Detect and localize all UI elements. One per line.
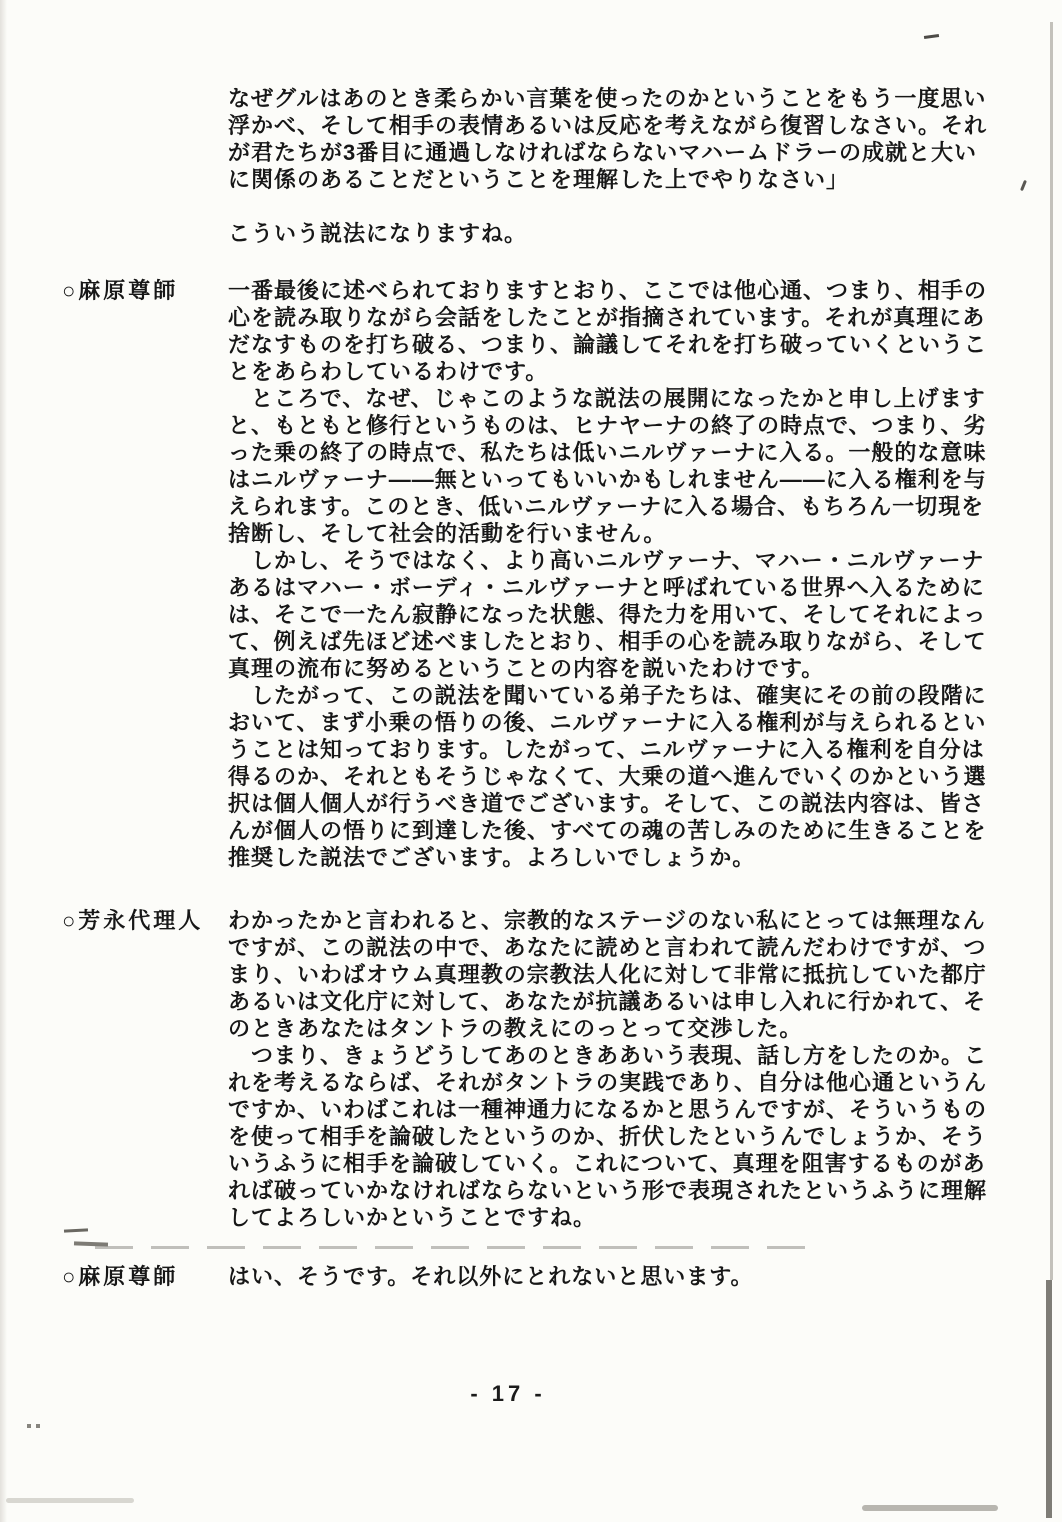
text-line: 心を読み取りながら会話をしたことが指摘されています。それが真理にあ	[228, 304, 996, 331]
text-line: とをあらわしているわけです。	[228, 358, 996, 385]
text-line: うことは知っております。したがって、ニルヴァーナに入る権利を自分は	[228, 736, 996, 763]
text-line: あるいは文化庁に対して、あなたが抗議あるいは申し入れに行かれて、そ	[228, 988, 996, 1015]
text-line: 択は個人個人が行うべき道でございます。そして、この説法内容は、皆さ	[228, 790, 996, 817]
text-line: と、もともと修行というものは、ヒナヤーナの終了の時点で、つまり、劣	[228, 412, 996, 439]
speaker-label: ○芳永代理人	[62, 907, 228, 934]
scan-artifact-speck	[1020, 180, 1027, 191]
scan-artifact-bottom-dots	[27, 1424, 43, 1428]
scan-artifact-top-dash	[924, 34, 939, 39]
paragraph: つまり、きょうどうしてあのときああいう表現、話し方をしたのか。これを考えるならば…	[228, 1042, 996, 1231]
paragraph: ところで、なぜ、じゃこのような説法の展開になったかと申し上げますと、もともと修行…	[228, 385, 996, 547]
text-line: れば破っていかなければならないという形で表現されたというふうに理解	[228, 1177, 996, 1204]
text-line: わかったかと言われると、宗教的なステージのない私にとっては無理なん	[228, 907, 996, 934]
text-line: が君たちが3番目に通過しなければならないマハームドラーの成就と大い	[228, 139, 998, 166]
speaker-label: ○麻原尊師	[62, 1263, 228, 1290]
text-line: 捨断し、そして社会的活動を行いません。	[228, 520, 996, 547]
speaker-label: ○麻原尊師	[62, 277, 228, 304]
text-line: は、そこで一たん寂静になった状態、得た力を用いて、そしてそれによっ	[228, 601, 996, 628]
paragraph: はい、そうです。それ以外にとれないと思います。	[228, 1263, 996, 1290]
text-line: 得るのか、それともそうじゃなくて、大乗の道へ進んでいくのかという選	[228, 763, 996, 790]
narration-line: こういう説法になりますね。	[228, 220, 998, 247]
scan-artifact-left-edge	[0, 0, 7, 1522]
text-line: しかし、そうではなく、より高いニルヴァーナ、マハー・ニルヴァーナ	[228, 547, 996, 574]
scan-artifact-right-edge-dark	[1046, 1280, 1052, 1518]
text-line: だなすものを打ち破る、つまり、論議してそれを打ち破っていくというこ	[228, 331, 996, 358]
page-number: - 17 -	[0, 1381, 1016, 1407]
text-line: ですか、いわばこれは一種神通力になるかと思うんですが、そういうもの	[228, 1096, 996, 1123]
text-line: 推奨した説法でございます。よろしいでしょうか。	[228, 844, 996, 871]
text-line: のときあなたはタントラの教えにのっとって交渉した。	[228, 1015, 996, 1042]
text-line: 浮かべ、そして相手の表情あるいは反応を考えながら復習しなさい。それ	[228, 112, 998, 139]
text-line: に関係のあることだということを理解した上でやりなさい」	[228, 166, 998, 193]
text-line: を使って相手を論破したというのか、折伏したというんでしょうか、そう	[228, 1123, 996, 1150]
text-line: 一番最後に述べられておりますとおり、ここでは他心通、つまり、相手の	[228, 277, 996, 304]
dialogue-turn: ○芳永代理人 わかったかと言われると、宗教的なステージのない私にとっては無理なん…	[62, 907, 998, 1231]
text-line: った乗の終了の時点で、私たちは低いニルヴァーナに入る。一般的な意味	[228, 439, 996, 466]
scanned-document-page: なぜグルはあのとき柔らかい言葉を使ったのかということをもう一度思い浮かべ、そして…	[0, 0, 1062, 1522]
paragraph: しかし、そうではなく、より高いニルヴァーナ、マハー・ニルヴァーナあるはマハー・ボ…	[228, 547, 996, 682]
dialogue-turn: ○麻原尊師 一番最後に述べられておりますとおり、ここでは他心通、つまり、相手の心…	[62, 277, 998, 871]
text-line: 真理の流布に努めるということの内容を説いたわけです。	[228, 655, 996, 682]
text-line: えられます。このとき、低いニルヴァーナに入る場合、もちろん一切現を	[228, 493, 996, 520]
paragraph: したがって、この説法を聞いている弟子たちは、確実にその前の段階において、まず小乗…	[228, 682, 996, 871]
text-line: ですが、この説法の中で、あなたに読めと言われて読んだわけですが、つ	[228, 934, 996, 961]
dialogue-turn: ○麻原尊師 はい、そうです。それ以外にとれないと思います。	[62, 1263, 998, 1290]
speech-text: 一番最後に述べられておりますとおり、ここでは他心通、つまり、相手の心を読み取りな…	[228, 277, 996, 871]
dialogue-section: ○麻原尊師 一番最後に述べられておりますとおり、ここでは他心通、つまり、相手の心…	[62, 277, 998, 1290]
text-line: いうふうに相手を論破していく。これについて、真理を阻害するものがあ	[228, 1150, 996, 1177]
speech-text: わかったかと言われると、宗教的なステージのない私にとっては無理なんですが、この説…	[228, 907, 996, 1231]
scan-artifact-right-edge-line	[1050, 22, 1053, 1280]
text-line: おいて、まず小乗の悟りの後、ニルヴァーナに入る権利が与えられるとい	[228, 709, 996, 736]
text-line: つまり、きょうどうしてあのときああいう表現、話し方をしたのか。こ	[228, 1042, 996, 1069]
text-line: んが個人の悟りに到達した後、すべての魂の苦しみのために生きることを	[228, 817, 996, 844]
text-line: ところで、なぜ、じゃこのような説法の展開になったかと申し上げます	[228, 385, 996, 412]
text-line: れを考えるならば、それがタントラの実践であり、自分は他心通というん	[228, 1069, 996, 1096]
quoted-sermon-passage: なぜグルはあのとき柔らかい言葉を使ったのかということをもう一度思い浮かべ、そして…	[228, 85, 998, 193]
text-line: なぜグルはあのとき柔らかい言葉を使ったのかということをもう一度思い	[228, 85, 998, 112]
text-line: したがって、この説法を聞いている弟子たちは、確実にその前の段階に	[228, 682, 996, 709]
paragraph: わかったかと言われると、宗教的なステージのない私にとっては無理なんですが、この説…	[228, 907, 996, 1042]
paragraph: 一番最後に述べられておりますとおり、ここでは他心通、つまり、相手の心を読み取りな…	[228, 277, 996, 385]
document-body: なぜグルはあのとき柔らかい言葉を使ったのかということをもう一度思い浮かべ、そして…	[62, 85, 998, 1290]
text-line: してよろしいかということですね。	[228, 1204, 996, 1231]
scan-artifact-bottom-left-smudge	[6, 1498, 134, 1503]
speech-text: はい、そうです。それ以外にとれないと思います。	[228, 1263, 996, 1290]
text-line: あるはマハー・ボーディ・ニルヴァーナと呼ばれている世界へ入るために	[228, 574, 996, 601]
text-line: はい、そうです。それ以外にとれないと思います。	[228, 1263, 996, 1290]
text-line: はニルヴァーナ――無といってもいいかもしれません――に入る権利を与	[228, 466, 996, 493]
text-line: まり、いわばオウム真理教の宗教法人化に対して非常に抵抗していた都庁	[228, 961, 996, 988]
scan-artifact-bottom-right-smudge	[862, 1505, 998, 1511]
text-line: て、例えば先ほど述べましたとおり、相手の心を読み取りながら、そして	[228, 628, 996, 655]
